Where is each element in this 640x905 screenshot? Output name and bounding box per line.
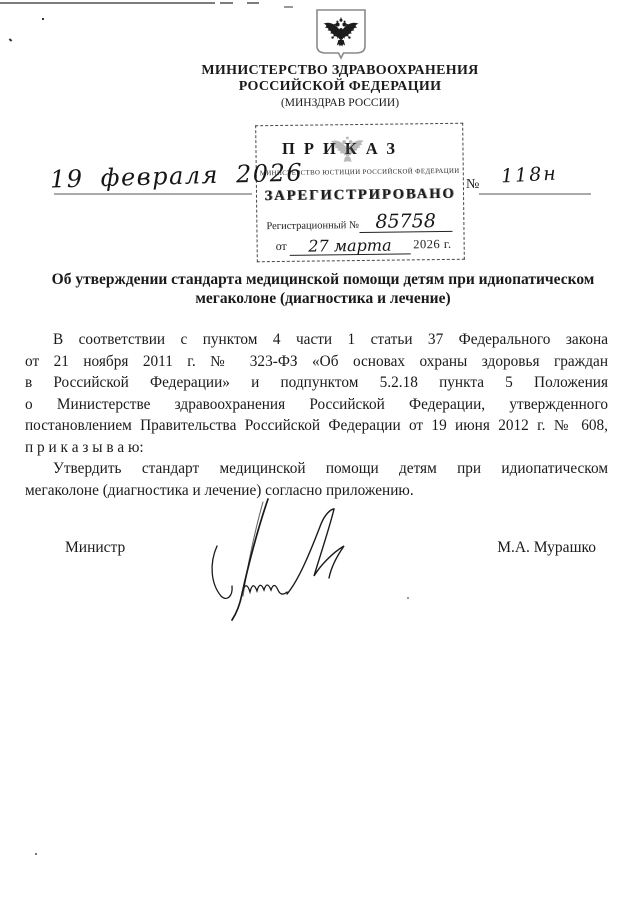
- body-line: Утвердить стандарт медицинской помощи де…: [25, 458, 608, 480]
- stamp-registered-label: ЗАРЕГИСТРИРОВАНО: [257, 186, 463, 206]
- stamp-reg-number-value-handwritten: 85758: [359, 212, 453, 233]
- body-line: в Российской Федерации» и подпунктом 5.2…: [25, 372, 608, 394]
- ministry-name-line2: РОССИЙСКОЙ ФЕДЕРАЦИИ: [40, 79, 640, 95]
- justice-registration-stamp: МИНИСТЕРСТВО ЮСТИЦИИ РОССИЙСКОЙ ФЕДЕРАЦИ…: [255, 123, 465, 263]
- stamp-date-prefix: от: [276, 239, 287, 256]
- ministry-short-name: (МИНЗДРАВ РОССИИ): [40, 96, 640, 110]
- scan-artifact: [407, 597, 409, 599]
- scan-artifact: [220, 2, 233, 4]
- body-line: постановлением Правительства Российской …: [25, 415, 608, 437]
- order-number-label: №: [466, 177, 479, 193]
- signer-position: Министр: [65, 539, 125, 557]
- scan-artifact: [35, 853, 37, 855]
- body-line: В соответствии с пунктом 4 части 1 стать…: [25, 329, 608, 351]
- order-number-handwritten: 118н: [500, 163, 558, 188]
- order-body: В соответствии с пунктом 4 части 1 стать…: [25, 329, 608, 501]
- stamp-date-value-handwritten: 27 марта: [290, 236, 411, 255]
- body-line: о Министерстве здравоохранения Российско…: [25, 394, 608, 416]
- letterhead: МИНИСТЕРСТВО ЗДРАВООХРАНЕНИЯ РОССИЙСКОЙ …: [40, 63, 640, 110]
- body-line: п р и к а з ы в а ю:: [25, 437, 608, 459]
- body-line: от 21 ноября 2011 г. № 323-ФЗ «Об основа…: [25, 351, 608, 373]
- scan-artifact: [0, 2, 215, 4]
- scan-artifact: [284, 6, 293, 8]
- coat-of-arms-icon: [312, 8, 370, 65]
- scan-artifact: [247, 2, 259, 4]
- minister-signature-icon: [205, 496, 355, 629]
- ministry-name-line1: МИНИСТЕРСТВО ЗДРАВООХРАНЕНИЯ: [40, 63, 640, 79]
- stamp-date-year: 2026 г.: [413, 237, 452, 254]
- order-title: Об утверждении стандарта медицинской пом…: [40, 270, 606, 308]
- scan-artifact: [9, 38, 13, 41]
- scan-artifact: [42, 18, 44, 20]
- stamp-date-row: от 27 марта 2026 г.: [276, 236, 452, 256]
- number-underline: [479, 193, 591, 195]
- stamp-reg-number-label: Регистрационный №: [266, 220, 359, 234]
- stamp-registration-number-row: Регистрационный № 85758: [266, 212, 452, 234]
- signer-name: М.А. Мурашко: [497, 539, 596, 557]
- document-page: МИНИСТЕРСТВО ЗДРАВООХРАНЕНИЯ РОССИЙСКОЙ …: [0, 0, 640, 905]
- date-underline: [54, 193, 252, 195]
